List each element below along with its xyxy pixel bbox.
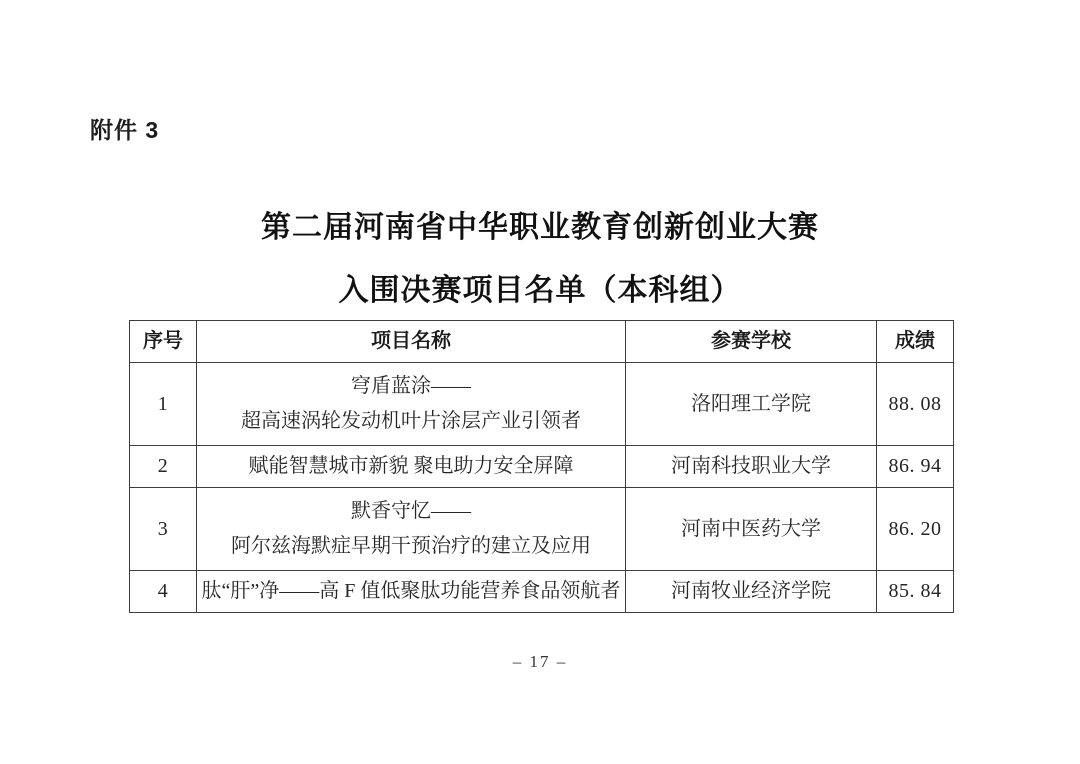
table-header-row: 序号 项目名称 参赛学校 成绩: [130, 321, 954, 363]
cell-no: 4: [130, 571, 197, 613]
cell-score: 85. 84: [877, 571, 954, 613]
cell-school: 河南牧业经济学院: [626, 571, 877, 613]
project-name-line2: 阿尔兹海默症早期干预治疗的建立及应用: [231, 534, 591, 559]
cell-no: 1: [130, 363, 197, 446]
project-name-line1: 赋能智慧城市新貌 聚电助力安全屏障: [249, 454, 574, 479]
cell-no: 2: [130, 446, 197, 488]
project-name-line1: 穹盾蓝涂——: [351, 374, 471, 399]
table-row: 1 穹盾蓝涂—— 超高速涡轮发动机叶片涂层产业引领者 洛阳理工学院 88. 08: [130, 363, 954, 446]
cell-school: 河南科技职业大学: [626, 446, 877, 488]
cell-project: 穹盾蓝涂—— 超高速涡轮发动机叶片涂层产业引领者: [197, 363, 626, 446]
project-name-line2: 超高速涡轮发动机叶片涂层产业引领者: [241, 409, 581, 434]
cell-project: 肽“肝”净——高 F 值低聚肽功能营养食品领航者: [197, 571, 626, 613]
page-number: – 17 –: [0, 652, 1080, 672]
cell-project: 默香守忆—— 阿尔兹海默症早期干预治疗的建立及应用: [197, 488, 626, 571]
header-no: 序号: [130, 321, 197, 363]
document-page: 附件 3 第二届河南省中华职业教育创新创业大赛 入围决赛项目名单（本科组） 序号…: [0, 0, 1080, 764]
cell-school: 河南中医药大学: [626, 488, 877, 571]
table-row: 4 肽“肝”净——高 F 值低聚肽功能营养食品领航者 河南牧业经济学院 85. …: [130, 571, 954, 613]
cell-score: 86. 20: [877, 488, 954, 571]
document-subtitle: 入围决赛项目名单（本科组）: [0, 265, 1080, 309]
table-row: 3 默香守忆—— 阿尔兹海默症早期干预治疗的建立及应用 河南中医药大学 86. …: [130, 488, 954, 571]
header-score: 成绩: [877, 321, 954, 363]
attachment-label: 附件 3: [90, 112, 159, 145]
results-table: 序号 项目名称 参赛学校 成绩 1 穹盾蓝涂—— 超高速涡轮发动机叶片涂层产业引…: [129, 320, 954, 613]
cell-score: 88. 08: [877, 363, 954, 446]
document-title: 第二届河南省中华职业教育创新创业大赛: [0, 202, 1080, 246]
project-name-line1: 默香守忆——: [351, 499, 471, 524]
table-row: 2 赋能智慧城市新貌 聚电助力安全屏障 河南科技职业大学 86. 94: [130, 446, 954, 488]
header-project: 项目名称: [197, 321, 626, 363]
cell-school: 洛阳理工学院: [626, 363, 877, 446]
project-name-line1: 肽“肝”净——高 F 值低聚肽功能营养食品领航者: [202, 579, 621, 604]
header-school: 参赛学校: [626, 321, 877, 363]
cell-score: 86. 94: [877, 446, 954, 488]
cell-no: 3: [130, 488, 197, 571]
cell-project: 赋能智慧城市新貌 聚电助力安全屏障: [197, 446, 626, 488]
